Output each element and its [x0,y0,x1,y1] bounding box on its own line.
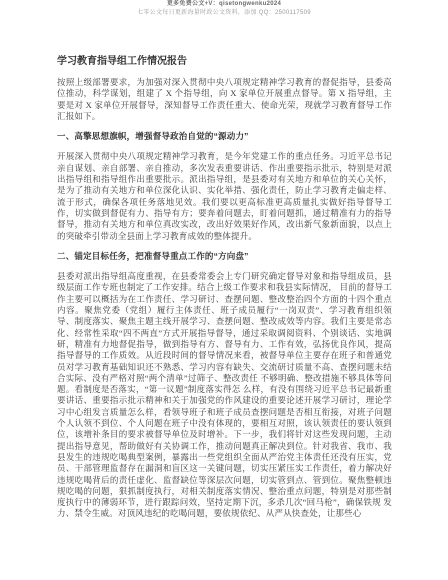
watermark-line-1: 更多免费公文+V：qisetongwenku2024 [0,0,448,8]
section-2-paragraph: 县委对派出指导组高度重视，在县委常委会上专门研究确定督导对象和指导组成员，县级层… [57,271,392,520]
section-2-heading: 二、锚定目标任务，把准督导重点工作的“方向盘” [57,251,392,262]
section-1-paragraph: 开展深入贯彻中央八项规定精神学习教育，是今年党建工作的重点任务。习近平总书记亲自… [57,151,392,241]
document-title: 学习教育指导组工作情况报告 [57,52,392,67]
section-1-heading: 一、高擎思想旗帜，增强督导政治自觉的“源动力” [57,131,392,142]
watermark-header: 更多免费公文+V：qisetongwenku2024 七零公文每日更新海量时政公… [0,0,448,17]
intro-paragraph: 按照上级部署要求，为加强对深入贯彻中央八项规定精神学习教育的督促指导，县委高位推… [57,77,392,122]
document-page: 更多免费公文+V：qisetongwenku2024 七零公文每日更新海量时政公… [0,0,448,580]
document-body: 学习教育指导组工作情况报告 按照上级部署要求，为加强对深入贯彻中央八项规定精神学… [57,52,392,529]
watermark-line-2: 七零公文每日更新海量时政公文资料，添加 QQ：2500117509 [0,9,448,17]
